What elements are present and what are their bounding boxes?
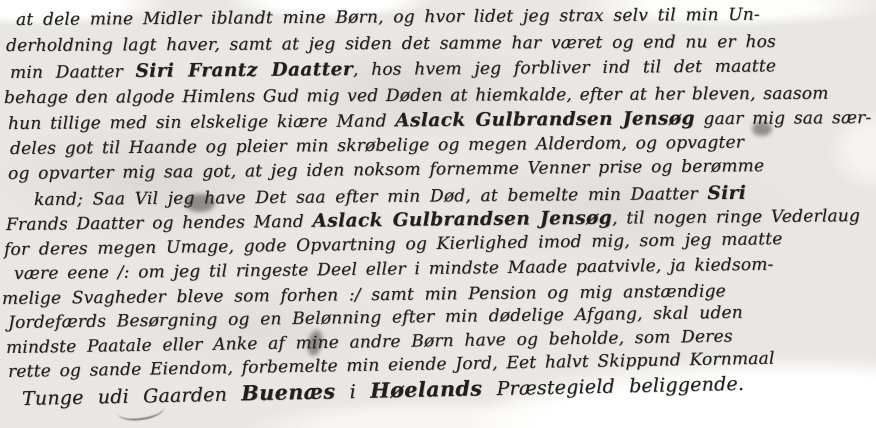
manuscript-line-3: min Daatter Siri Frantz Daatter, hos hve… xyxy=(10,55,776,83)
line-text: hun tillige med sin elskelige kiære Mand xyxy=(8,111,395,134)
line-text: derholdning lagt haver, samt at jeg side… xyxy=(6,32,776,56)
manuscript-line-11: være eene /: om jeg til ringeste Deel el… xyxy=(14,255,774,284)
manuscript-page: at dele mine Midler iblandt mine Børn, o… xyxy=(0,0,876,428)
ink-smudge xyxy=(185,194,215,212)
line-text: deles got til Haande og pleier min skrøb… xyxy=(10,133,744,159)
line-text: , til nogen ringe Vederlaug xyxy=(612,206,860,229)
line-text: kand; Saa Vil jeg have Det saa efter min… xyxy=(34,184,708,210)
person-name-siri-frantz-daatter: Siri Frantz Daatter xyxy=(135,59,353,82)
place-name-buenaes: Buenæs xyxy=(241,379,336,405)
ink-smudge xyxy=(752,122,772,136)
line-text: være eene /: om jeg til ringeste Deel el… xyxy=(14,255,774,284)
manuscript-line-1: at dele mine Midler iblandt mine Børn, o… xyxy=(16,5,760,30)
place-name-hoelands: Høelands xyxy=(370,376,483,402)
manuscript-line-8: kand; Saa Vil jeg have Det saa efter min… xyxy=(34,183,746,210)
person-name-aslack-gulbrandsen-jensog: Aslack Gulbrandsen Jensøg xyxy=(312,208,612,232)
manuscript-line-2: derholdning lagt haver, samt at jeg side… xyxy=(6,32,776,56)
line-text: gaar mig saa sær- xyxy=(695,108,872,129)
manuscript-line-6: deles got til Haande og pleier min skrøb… xyxy=(10,133,744,159)
manuscript-line-4: behage den algode Himlens Gud mig ved Dø… xyxy=(4,84,829,108)
manuscript-line-5: hun tillige med sin elskelige kiære Mand… xyxy=(8,107,872,134)
line-text: i xyxy=(335,381,370,404)
person-name-siri: Siri xyxy=(707,183,746,204)
line-text: Frands Daatter og hendes Mand xyxy=(6,212,313,235)
line-text: og opvarter mig saa got, at jeg iden nok… xyxy=(8,156,764,184)
line-text: at dele mine Midler iblandt mine Børn, o… xyxy=(16,5,760,30)
line-text: min Daatter xyxy=(10,62,136,83)
manuscript-line-7: og opvarter mig saa got, at jeg iden nok… xyxy=(8,156,764,184)
line-text: behage den algode Himlens Gud mig ved Dø… xyxy=(4,84,829,108)
line-text: , hos hvem jeg forbliver ind til det maa… xyxy=(353,56,776,80)
person-name-aslack-gulbrandsen-jensog: Aslack Gulbrandsen Jensøg xyxy=(395,108,695,131)
line-text: Præstegield beliggende. xyxy=(482,373,744,400)
